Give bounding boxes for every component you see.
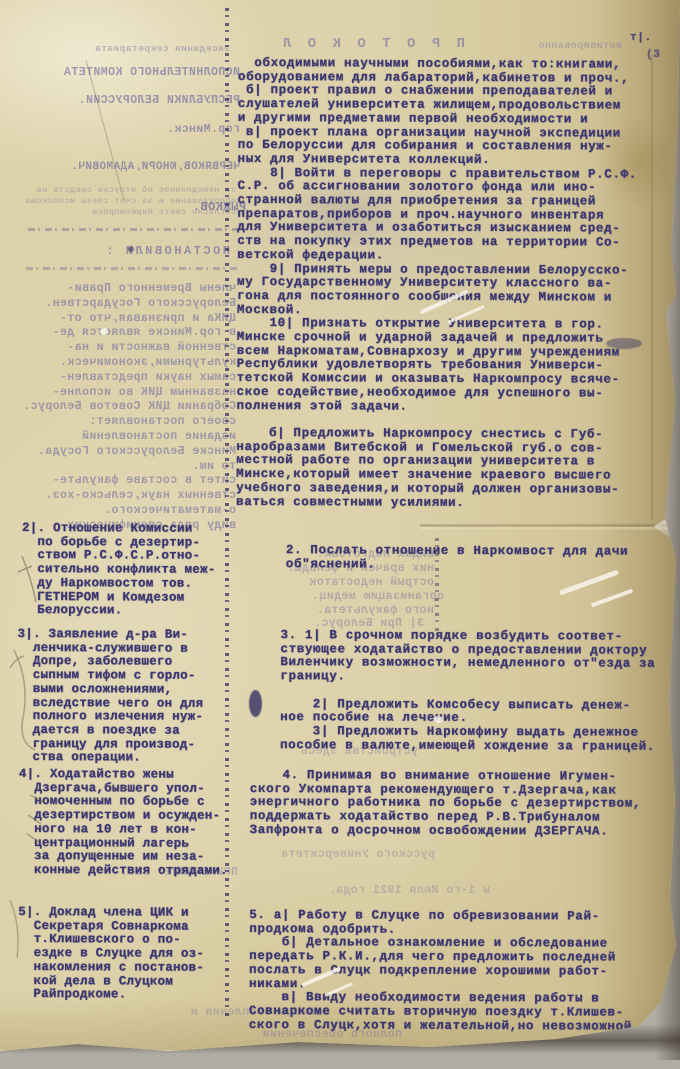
pencil-marks: [0, 0, 680, 1069]
photographed-document: заседания секретариата П Р О Т О К О Л м…: [0, 0, 680, 1069]
paper-sheet: заседания секретариата П Р О Т О К О Л м…: [0, 0, 680, 1069]
